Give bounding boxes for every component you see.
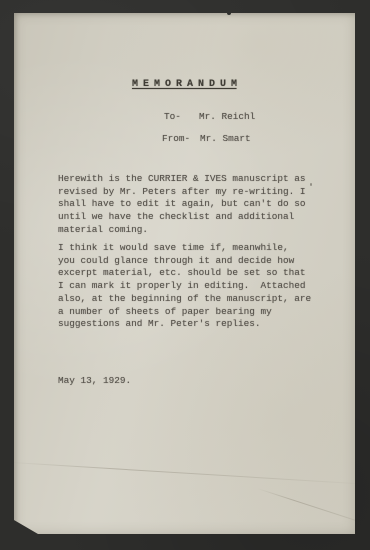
- from-label: From-: [162, 133, 190, 146]
- memo-title: M E M O R A N D U M: [132, 79, 237, 92]
- paper-edge-nick: [227, 12, 231, 15]
- to-name: Mr. Reichl: [199, 111, 255, 124]
- body-paragraph-2: I think it would save time if, meanwhile…: [58, 242, 311, 331]
- paper-corner-crease: [257, 488, 370, 529]
- ink-smudge: [310, 183, 312, 186]
- paper-crease: [6, 462, 370, 486]
- body-paragraph-1: Herewith is the CURRIER & IVES manuscrip…: [58, 173, 306, 237]
- to-label: To-: [164, 111, 181, 124]
- photo-background: M E M O R A N D U M To- Mr. Reichl From-…: [0, 0, 370, 550]
- date-line: May 13, 1929.: [58, 375, 131, 388]
- memo-paper: M E M O R A N D U M To- Mr. Reichl From-…: [14, 13, 355, 534]
- from-name: Mr. Smart: [200, 133, 251, 146]
